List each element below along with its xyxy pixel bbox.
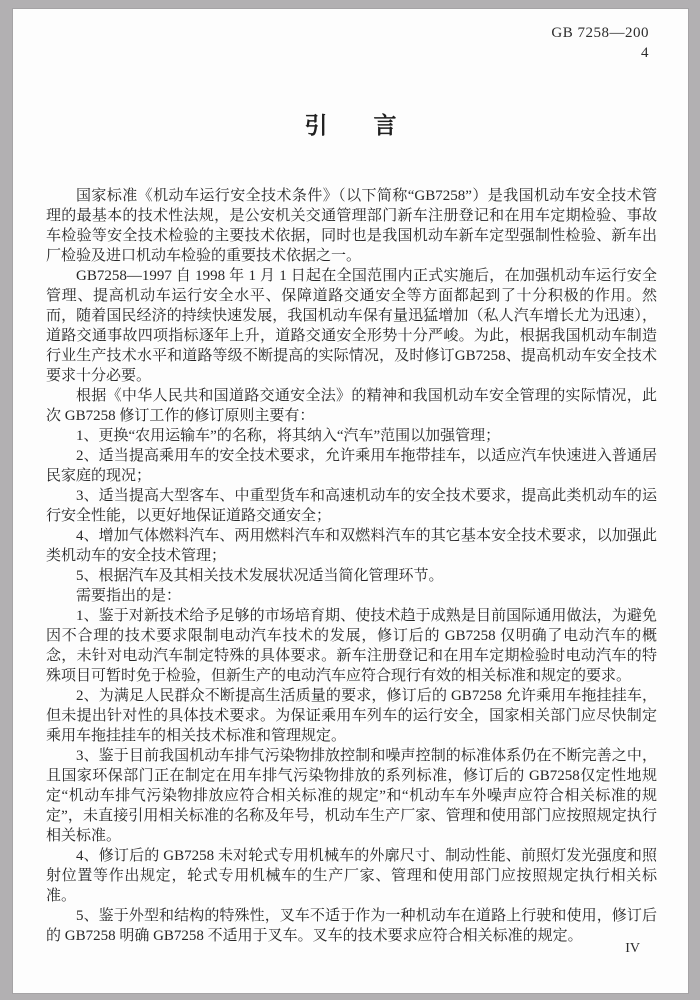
list-item-principle-1: 1、更换“农用运输车”的名称，将其纳入“汽车”范围以加强管理； bbox=[46, 426, 657, 446]
scan-background: GB 7258—200 4 引 言 国家标准《机动车运行安全技术条件》（以下简称… bbox=[0, 0, 700, 1000]
list-item-principle-3: 3、适当提高大型客车、中重型货车和高速机动车的安全技术要求，提高此类机动车的运行… bbox=[46, 486, 657, 526]
paragraph-intro: 国家标准《机动车运行安全技术条件》（以下简称“GB7258”）是我国机动车安全技… bbox=[46, 186, 657, 266]
document-page: GB 7258—200 4 引 言 国家标准《机动车运行安全技术条件》（以下简称… bbox=[12, 8, 689, 994]
standard-code-line2: 4 bbox=[551, 43, 649, 63]
list-item-principle-5: 5、根据汽车及其相关技术发展状况适当简化管理环节。 bbox=[46, 566, 657, 586]
list-item-note-4: 4、修订后的 GB7258 未对轮式专用机械车的外廓尺寸、制动性能、前照灯发光强… bbox=[46, 846, 657, 906]
standard-code: GB 7258—200 4 bbox=[551, 23, 649, 63]
list-item-principle-2: 2、适当提高乘用车的安全技术要求，允许乘用车拖带挂车，以适应汽车快速进入普通居民… bbox=[46, 446, 657, 486]
list-item-note-5: 5、鉴于外型和结构的特殊性，叉车不适于作为一种机动车在道路上行驶和使用，修订后的… bbox=[46, 906, 657, 946]
page-number: IV bbox=[625, 941, 640, 957]
paragraph-history: GB7258—1997 自 1998 年 1 月 1 日起在全国范围内正式实施后… bbox=[46, 266, 657, 386]
paragraph-revision-principles-lead: 根据《中华人民共和国道路交通安全法》的精神和我国机动车安全管理的实际情况，此次 … bbox=[46, 386, 657, 426]
list-item-note-2: 2、为满足人民群众不断提高生活质量的要求，修订后的 GB7258 允许乘用车拖挂… bbox=[46, 686, 657, 746]
list-item-principle-4: 4、增加气体燃料汽车、两用燃料汽车和双燃料汽车的其它基本安全技术要求，以加强此类… bbox=[46, 526, 657, 566]
paragraph-notes-lead: 需要指出的是： bbox=[46, 586, 657, 606]
list-item-note-1: 1、鉴于对新技术给予足够的市场培育期、使技术趋于成熟是目前国际通用做法，为避免因… bbox=[46, 606, 657, 686]
list-item-note-3: 3、鉴于目前我国机动车排气污染物排放控制和噪声控制的标准体系仍在不断完善之中，且… bbox=[46, 746, 657, 846]
page-title: 引 言 bbox=[13, 107, 688, 140]
standard-code-line1: GB 7258—200 bbox=[551, 23, 649, 43]
document-body: 国家标准《机动车运行安全技术条件》（以下简称“GB7258”）是我国机动车安全技… bbox=[46, 186, 657, 946]
